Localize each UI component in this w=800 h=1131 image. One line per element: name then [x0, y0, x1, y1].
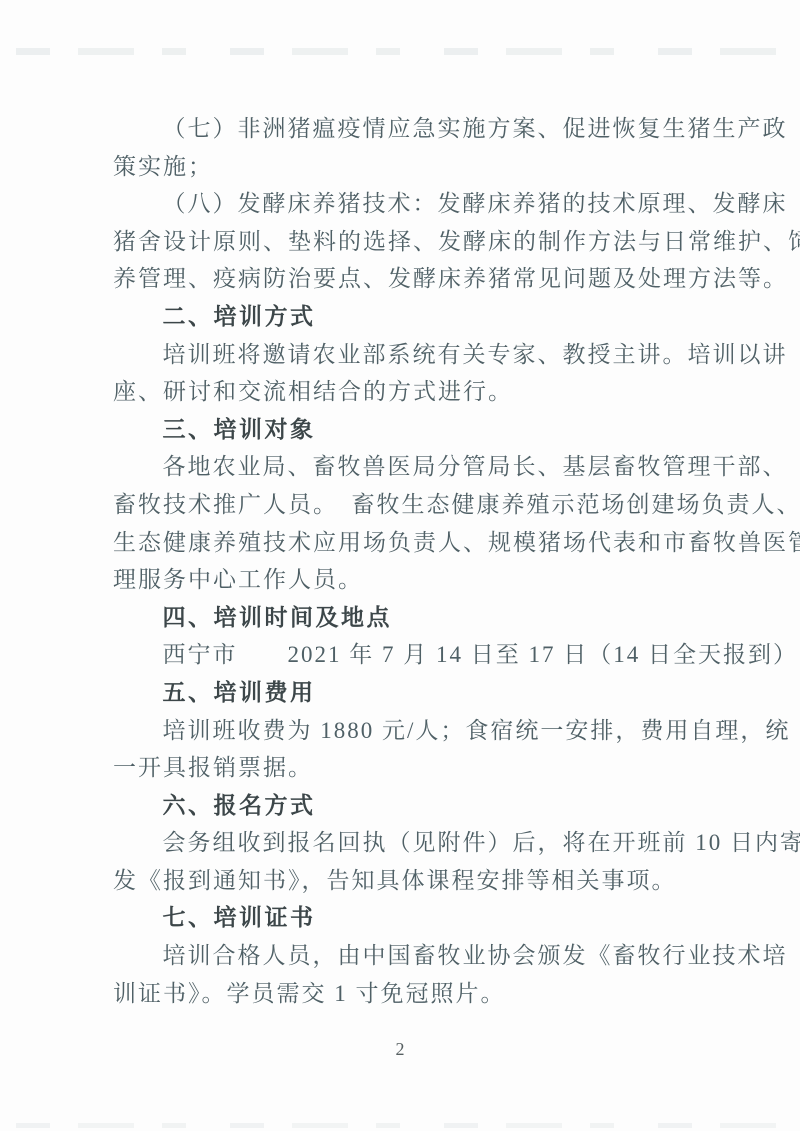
paragraph-training-method: 培训班将邀请农业部系统有关专家、教授主讲。培训以讲 座、研讨和交流相结合的方式进…	[113, 336, 698, 411]
text-line: 座、研讨和交流相结合的方式进行。	[113, 373, 698, 411]
text-line: 畜牧技术推广人员。 畜牧生态健康养殖示范场创建场负责人、	[113, 486, 698, 524]
text-line: 养管理、疫病防治要点、发酵床养猪常见问题及处理方法等。	[113, 260, 698, 298]
heading-line: 三、培训对象	[113, 411, 698, 449]
text-line: 猪舍设计原则、垫料的选择、发酵床的制作方法与日常维护、饲	[113, 223, 698, 261]
paragraph-training-audience: 各地农业局、畜牧兽医局分管局长、基层畜牧管理干部、 畜牧技术推广人员。 畜牧生态…	[113, 448, 698, 598]
text-line: 训证书》。学员需交 1 寸免冠照片。	[113, 975, 698, 1013]
page-number: 2	[0, 1036, 800, 1062]
text-line: 西宁市 2021 年 7 月 14 日至 17 日（14 日全天报到）	[113, 636, 698, 674]
text-line: （八）发酵床养猪技术：发酵床养猪的技术原理、发酵床	[113, 185, 698, 223]
document-body: （七）非洲猪瘟疫情应急实施方案、促进恢复生猪生产政 策实施； （八）发酵床养猪技…	[113, 110, 698, 1012]
heading-line: 五、培训费用	[113, 674, 698, 712]
section-heading-5-training-fee: 五、培训费用	[113, 674, 698, 712]
text-line: 会务组收到报名回执（见附件）后，将在开班前 10 日内寄	[113, 824, 698, 862]
paragraph-item-7: （七）非洲猪瘟疫情应急实施方案、促进恢复生猪生产政 策实施；	[113, 110, 698, 185]
text-line: 一开具报销票据。	[113, 749, 698, 787]
heading-line: 七、培训证书	[113, 899, 698, 937]
text-line: 培训班收费为 1880 元/人；食宿统一安排，费用自理，统	[113, 712, 698, 750]
text-line: 各地农业局、畜牧兽医局分管局长、基层畜牧管理干部、	[113, 448, 698, 486]
heading-line: 四、培训时间及地点	[113, 599, 698, 637]
section-heading-2-training-method: 二、培训方式	[113, 298, 698, 336]
paragraph-item-8: （八）发酵床养猪技术：发酵床养猪的技术原理、发酵床 猪舍设计原则、垫料的选择、发…	[113, 185, 698, 298]
text-line: 理服务中心工作人员。	[113, 561, 698, 599]
text-line: 发《报到通知书》，告知具体课程安排等相关事项。	[113, 862, 698, 900]
text-line: 策实施；	[113, 148, 698, 186]
section-heading-4-time-location: 四、培训时间及地点	[113, 599, 698, 637]
paragraph-certificate: 培训合格人员，由中国畜牧业协会颁发《畜牧行业技术培 训证书》。学员需交 1 寸免…	[113, 937, 698, 1012]
paragraph-training-fee: 培训班收费为 1880 元/人；食宿统一安排，费用自理，统 一开具报销票据。	[113, 712, 698, 787]
text-line: 培训合格人员，由中国畜牧业协会颁发《畜牧行业技术培	[113, 937, 698, 975]
paragraph-registration: 会务组收到报名回执（见附件）后，将在开班前 10 日内寄 发《报到通知书》，告知…	[113, 824, 698, 899]
paragraph-time-location: 西宁市 2021 年 7 月 14 日至 17 日（14 日全天报到）	[113, 636, 698, 674]
scan-artifact-top	[16, 48, 792, 55]
section-heading-6-registration: 六、报名方式	[113, 787, 698, 825]
heading-line: 二、培训方式	[113, 298, 698, 336]
document-page: （七）非洲猪瘟疫情应急实施方案、促进恢复生猪生产政 策实施； （八）发酵床养猪技…	[0, 0, 800, 1131]
heading-line: 六、报名方式	[113, 787, 698, 825]
scan-artifact-bottom	[16, 1123, 792, 1128]
section-heading-7-certificate: 七、培训证书	[113, 899, 698, 937]
text-line: 培训班将邀请农业部系统有关专家、教授主讲。培训以讲	[113, 336, 698, 374]
text-line: （七）非洲猪瘟疫情应急实施方案、促进恢复生猪生产政	[113, 110, 698, 148]
text-line: 生态健康养殖技术应用场负责人、规模猪场代表和市畜牧兽医管	[113, 524, 698, 562]
section-heading-3-training-audience: 三、培训对象	[113, 411, 698, 449]
